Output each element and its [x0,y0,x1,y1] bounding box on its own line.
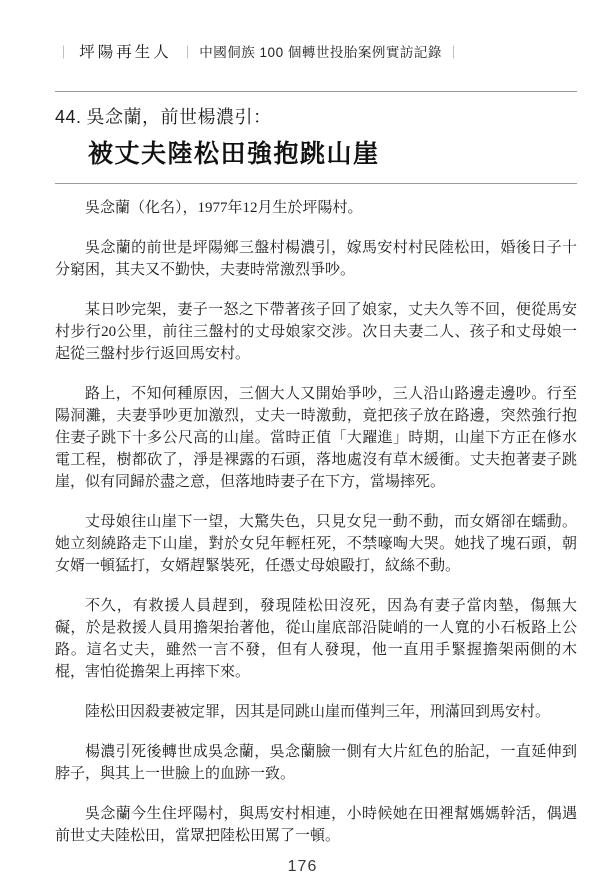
paragraph: 某日吵完架，妻子一怒之下帶著孩子回了娘家，丈夫久等不回，便從馬安村步行20公里，… [55,299,577,365]
chapter-title-block: 44.吳念蘭，前世楊濃引： 被丈夫陸松田強抱跳山崖 [55,91,577,184]
running-header: ｜ 坪陽再生人 ｜ 中國侗族 100 個轉世投胎案例實訪記錄 ｜ [55,40,577,62]
book-subtitle: 中國侗族 100 個轉世投胎案例實訪記錄 [199,45,442,60]
body-paragraphs: 吳念蘭（化名），1977年12月生於坪陽村。 吳念蘭的前世是坪陽鄉三盤村楊濃引，… [55,197,577,847]
paragraph: 楊濃引死後轉世成吳念蘭，吳念蘭臉一側有大片紅色的胎記，一直延伸到脖子，與其上一世… [55,741,577,785]
header-separator: ｜ [181,45,194,60]
paragraph: 吳念蘭今生住坪陽村，與馬安村相連，小時候她在田裡幫媽媽幹活，偶遇前世丈夫陸松田，… [55,803,577,847]
paragraph: 吳念蘭的前世是坪陽鄉三盤村楊濃引，嫁馬安村村民陸松田，婚後日子十分窮困，其夫又不… [55,237,577,281]
book-page: ｜ 坪陽再生人 ｜ 中國侗族 100 個轉世投胎案例實訪記錄 ｜ 44.吳念蘭，… [0,0,605,896]
paragraph: 路上，不知何種原因，三個大人又開始爭吵，三人沿山路邊走邊吵。行至陽洞灘，夫妻爭吵… [55,383,577,493]
paragraph: 丈母娘往山崖下一望，大驚失色，只見女兒一動不動，而女婿卻在蠕動。她立刻繞路走下山… [55,511,577,577]
page-number: 176 [0,858,605,876]
chapter-subtitle: 吳念蘭，前世楊濃引： [87,107,272,127]
book-title: 坪陽再生人 [79,44,172,61]
paragraph: 陸松田因殺妻被定罪，因其是同跳山崖而僅判三年，刑滿回到馬安村。 [55,701,577,723]
header-separator: ｜ [57,45,70,60]
header-separator: ｜ [447,45,460,60]
chapter-heading-line: 44.吳念蘭，前世楊濃引： [55,103,577,129]
chapter-main-title: 被丈夫陸松田強抱跳山崖 [88,134,577,170]
paragraph: 吳念蘭（化名），1977年12月生於坪陽村。 [55,197,577,219]
chapter-number: 44. [55,107,82,127]
paragraph: 不久，有救援人員趕到，發現陸松田沒死，因為有妻子當肉墊，傷無大礙，於是救援人員用… [55,595,577,683]
